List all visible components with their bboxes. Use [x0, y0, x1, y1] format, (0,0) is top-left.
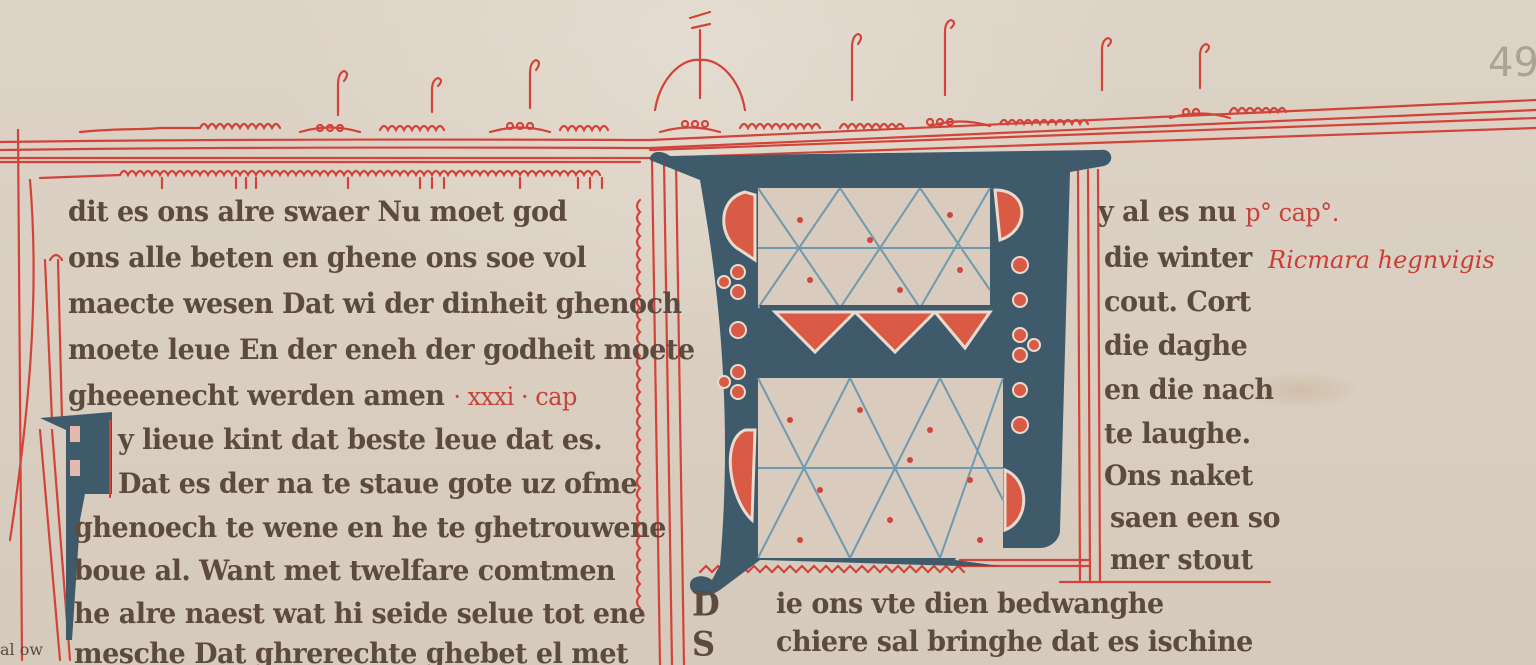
- chapter-rubric: p° cap°.: [1245, 198, 1339, 227]
- text-line: die daghe: [1104, 330, 1247, 363]
- text-line-content: gheeenecht werden amen: [68, 380, 444, 413]
- initial-s: S: [692, 624, 715, 664]
- text-line: y al es nu p° cap°.: [1098, 196, 1339, 229]
- text-line: ie ons vte dien bedwanghe: [776, 588, 1164, 621]
- text-line: gheeenecht werden amen · xxxi · cap: [68, 380, 577, 413]
- text-line: ons alle beten en ghene ons soe vol: [68, 242, 586, 275]
- text-line: ghenoech te wene en he te ghetrouwene: [74, 512, 666, 545]
- text-line: moete leue En der eneh der godheit moete: [68, 334, 695, 367]
- initial-d: D: [692, 584, 719, 624]
- text-line: en die nach: [1104, 374, 1274, 407]
- text-line: dit es ons alre swaer Nu moet god: [68, 196, 567, 229]
- large-initial-h: [650, 150, 1111, 596]
- text-line: te laughe.: [1104, 418, 1251, 451]
- text-line: chiere sal bringhe dat es ischine: [776, 626, 1253, 659]
- margin-note: al ow: [0, 640, 43, 659]
- text-line: Dat es der na te staue gote uz ofme: [118, 468, 637, 501]
- chapter-rubric: · xxxi · cap: [453, 382, 577, 411]
- text-line: he alre naest wat hi seide selue tot ene: [74, 598, 645, 631]
- text-line: saen een so: [1110, 502, 1280, 535]
- text-line-content: y al es nu: [1098, 196, 1236, 229]
- text-line: mesche Dat ghrerechte ghebet el met: [74, 638, 628, 665]
- text-line: boue al. Want met twelfare comtmen: [74, 555, 615, 588]
- text-line: cout. Cort: [1104, 286, 1251, 319]
- text-line: mer stout: [1110, 544, 1253, 577]
- text-line: y lieue kint dat beste leue dat es.: [118, 424, 602, 457]
- text-line: maecte wesen Dat wi der dinheit ghenoch: [68, 288, 682, 321]
- margin-rubric: Ricmara hegnvigis: [1268, 246, 1495, 274]
- text-line: die winter: [1104, 242, 1252, 275]
- text-line: Ons naket: [1104, 460, 1253, 493]
- folio-number: 49: [1488, 40, 1536, 86]
